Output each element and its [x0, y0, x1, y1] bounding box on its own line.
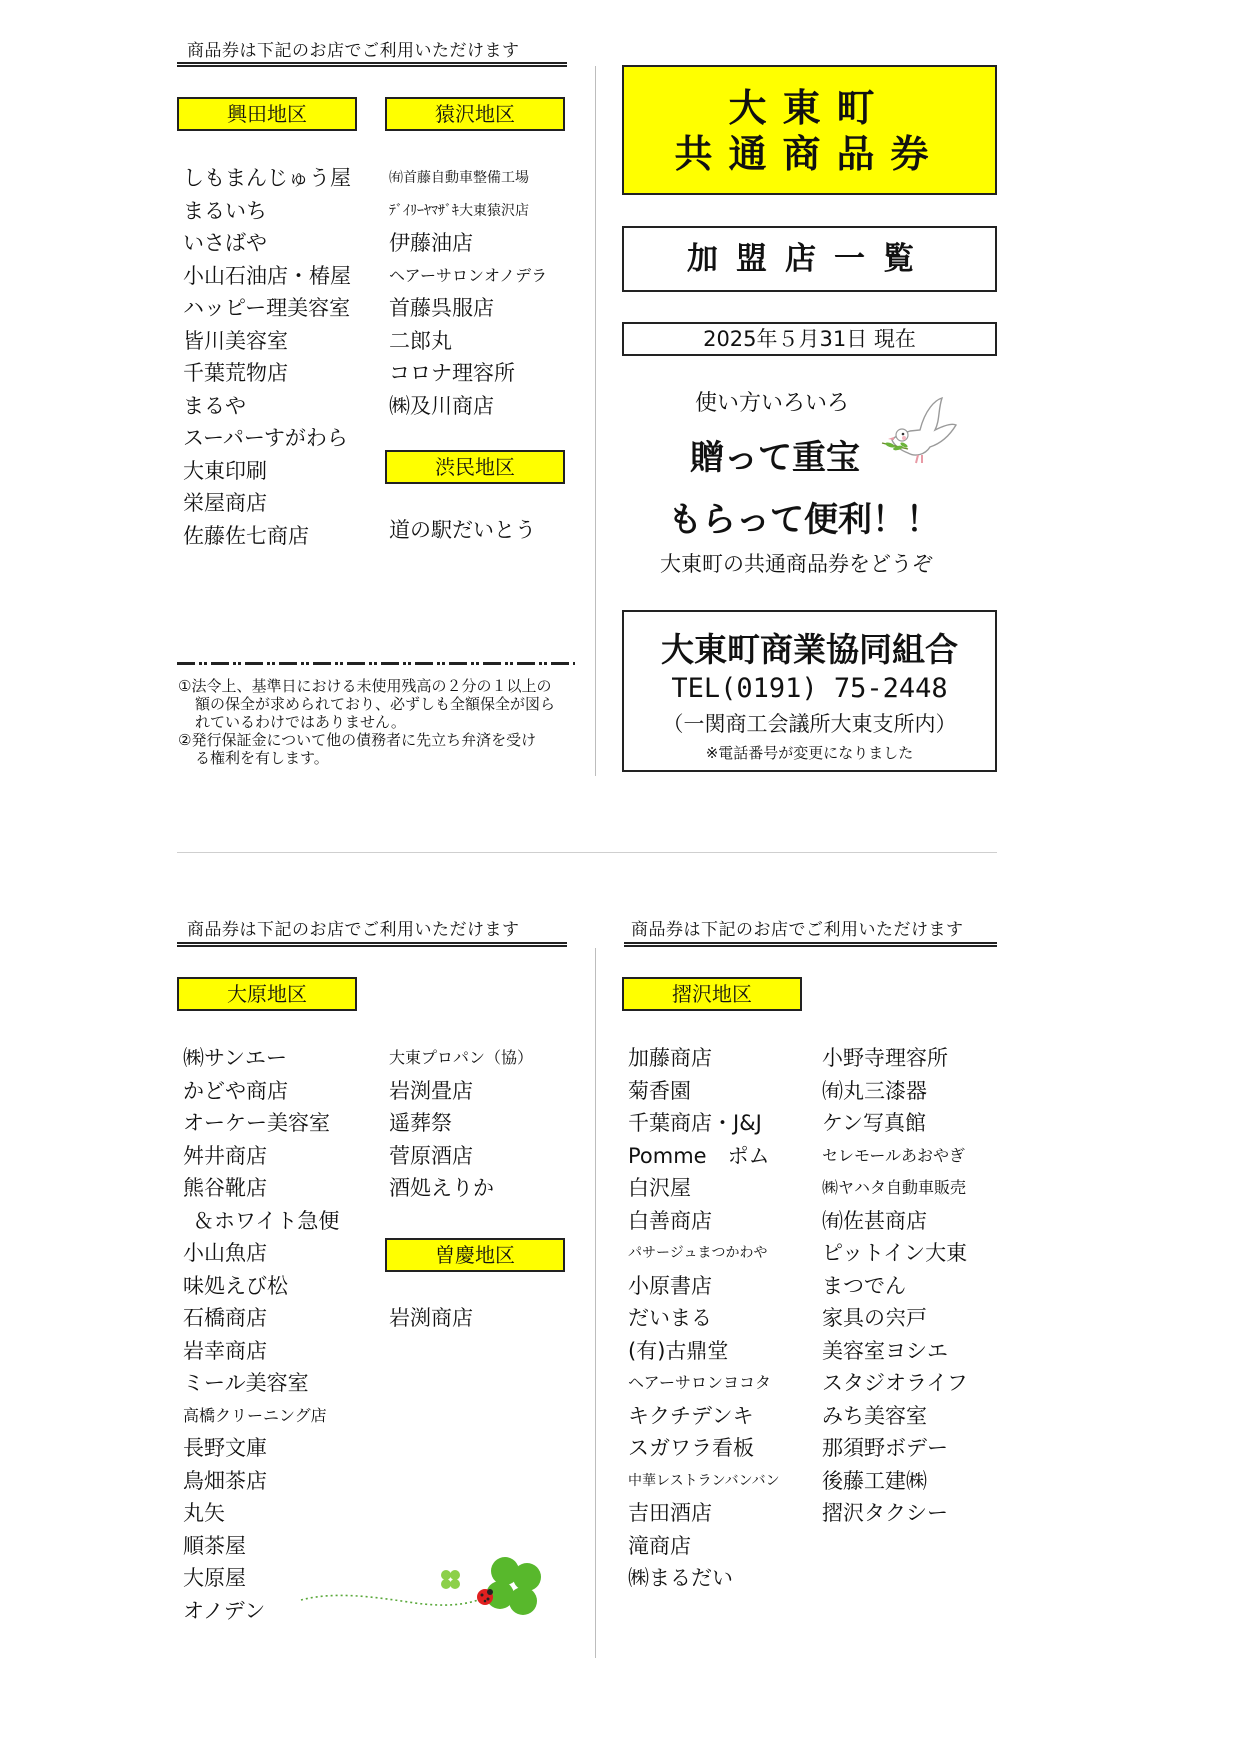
- notice-heading-top-left: 商品券は下記のお店でご利用いただけます: [187, 36, 520, 61]
- list-item: 大東印刷: [183, 455, 351, 488]
- list-item: 栄屋商店: [183, 487, 351, 520]
- list-item: ﾃﾞｲﾘｰﾔﾏｻﾞｷ大東猿沢店: [389, 195, 547, 228]
- list-item: スタジオライフ: [822, 1367, 968, 1400]
- list-item: 岩渕商店: [389, 1302, 473, 1335]
- list-item: 遥葬祭: [389, 1107, 533, 1140]
- list-item: ㈲首藤自動車整備工場: [389, 162, 547, 195]
- list-item: キクチデンキ: [628, 1400, 780, 1433]
- list-item: 摺沢タクシー: [822, 1497, 968, 1530]
- tagline-small: 使い方いろいろ: [695, 386, 849, 417]
- horizontal-separator: [177, 852, 997, 853]
- list-item: いさばや: [183, 227, 351, 260]
- list-item: 石橋商店: [183, 1302, 339, 1335]
- dove-icon: [880, 395, 960, 485]
- district-surisawa: 摺沢地区: [622, 977, 802, 1011]
- surisawa-store-list-col2: 小野寺理容所 ㈲丸三漆器 ケン写真館 セレモールあおやぎ ㈱ヤハタ自動車販売 ㈲…: [822, 1042, 968, 1530]
- surisawa-store-list-col1: 加藤商店 菊香園 千葉商店・J&J Pomme ポム 白沢屋 白善商店 パサージ…: [628, 1042, 780, 1595]
- list-item: ヘアーサロンヨコタ: [628, 1367, 780, 1400]
- date-box: 2025年５月31日 現在: [622, 322, 997, 356]
- tagline-3: 大東町の共通商品券をどうぞ: [660, 548, 933, 578]
- list-item: ㈱まるだい: [628, 1562, 780, 1595]
- list-item: オーケー美容室: [183, 1107, 339, 1140]
- note-line: ①法令上、基準日における未使用残高の２分の１以上の: [178, 677, 555, 695]
- okita-store-list: しもまんじゅう屋 まるいち いさばや 小山石油店・椿屋 ハッピー理美容室 皆川美…: [183, 162, 351, 552]
- note-line: ②発行保証金について他の債務者に先立ち弁済を受け: [178, 731, 555, 749]
- list-item: ㈲佐甚商店: [822, 1205, 968, 1238]
- office-location: （一関商工会議所大東支所内）: [624, 708, 995, 738]
- list-item: (有)古鼎堂: [628, 1335, 780, 1368]
- legal-notes: ①法令上、基準日における未使用残高の２分の１以上の 額の保全が求められており、必…: [178, 677, 555, 767]
- list-item: 小山魚店: [183, 1237, 339, 1270]
- list-item: 佐藤佐七商店: [183, 520, 351, 553]
- clover-icon: [295, 1555, 555, 1625]
- list-item: 岩渕畳店: [389, 1075, 533, 1108]
- note-line: 額の保全が求められており、必ずしも全額保全が図ら: [178, 695, 555, 713]
- title-line-2: 共通商品券: [624, 131, 995, 177]
- list-item: 吉田酒店: [628, 1497, 780, 1530]
- list-item: 白善商店: [628, 1205, 780, 1238]
- double-rule: [177, 942, 567, 947]
- title-line-1: 大東町: [624, 85, 995, 131]
- list-item: まるいち: [183, 195, 351, 228]
- list-item: 長野文庫: [183, 1432, 339, 1465]
- note-line: る権利を有します。: [178, 749, 555, 767]
- list-item: 酒処えりか: [389, 1172, 533, 1205]
- list-item: セレモールあおやぎ: [822, 1140, 968, 1173]
- list-item: ＆ホワイト急便: [183, 1205, 339, 1238]
- list-item: 道の駅だいとう: [389, 514, 536, 547]
- list-item: 千葉商店・J&J: [628, 1107, 780, 1140]
- double-rule: [177, 62, 567, 67]
- list-item: 高橋クリーニング店: [183, 1400, 339, 1433]
- list-item: スーパーすがわら: [183, 422, 351, 455]
- note-line: れているわけではありません。: [178, 713, 555, 731]
- list-item: 岩幸商店: [183, 1335, 339, 1368]
- list-item: まるや: [183, 390, 351, 423]
- sarusawa-store-list: ㈲首藤自動車整備工場 ﾃﾞｲﾘｰﾔﾏｻﾞｷ大東猿沢店 伊藤油店 ヘアーサロンオノ…: [389, 162, 547, 422]
- list-item: 加藤商店: [628, 1042, 780, 1075]
- contact-box: 大東町商業協同組合 TEL(0191) 75-2448 （一関商工会議所大東支所…: [622, 610, 997, 772]
- list-item: 小山石油店・椿屋: [183, 260, 351, 293]
- subtitle-box: 加盟店一覧: [622, 226, 997, 292]
- list-item: 那須野ボデー: [822, 1432, 968, 1465]
- list-item: 伊藤油店: [389, 227, 547, 260]
- district-okita: 興田地区: [177, 97, 357, 131]
- list-item: 首藤呉服店: [389, 292, 547, 325]
- list-item: 小原書店: [628, 1270, 780, 1303]
- notice-heading-bottom-left: 商品券は下記のお店でご利用いただけます: [187, 915, 520, 940]
- org-name: 大東町商業協同組合: [624, 624, 995, 671]
- list-item: ピットイン大東: [822, 1237, 968, 1270]
- list-item: 後藤工建㈱: [822, 1465, 968, 1498]
- list-item: 千葉荒物店: [183, 357, 351, 390]
- list-item: しもまんじゅう屋: [183, 162, 351, 195]
- list-item: ㈲丸三漆器: [822, 1075, 968, 1108]
- list-item: 菊香園: [628, 1075, 780, 1108]
- list-item: 美容室ヨシエ: [822, 1335, 968, 1368]
- list-item: スガワラ看板: [628, 1432, 780, 1465]
- list-item: ㈱及川商店: [389, 390, 547, 423]
- list-item: ハッピー理美容室: [183, 292, 351, 325]
- list-item: みち美容室: [822, 1400, 968, 1433]
- list-item: ㈱ヤハタ自動車販売: [822, 1172, 968, 1205]
- list-item: ミール美容室: [183, 1367, 339, 1400]
- list-item: 菅原酒店: [389, 1140, 533, 1173]
- phone-change-notice: ※電話番号が変更になりました: [624, 742, 995, 763]
- tagline-2: もらって便利！！: [668, 492, 940, 541]
- district-sokei: 曽慶地区: [385, 1238, 565, 1272]
- list-item: 滝商店: [628, 1530, 780, 1563]
- double-rule: [624, 942, 997, 947]
- list-item: まつでん: [822, 1270, 968, 1303]
- vertical-separator: [595, 66, 596, 776]
- list-item: 家具の宍戸: [822, 1302, 968, 1335]
- title-box: 大東町 共通商品券: [622, 65, 997, 195]
- dash-dot-divider: [177, 662, 575, 665]
- tagline-1: 贈って重宝: [690, 430, 860, 479]
- list-item: 小野寺理容所: [822, 1042, 968, 1075]
- district-sarusawa: 猿沢地区: [385, 97, 565, 131]
- list-item: だいまる: [628, 1302, 780, 1335]
- list-item: 丸矢: [183, 1497, 339, 1530]
- list-item: 鳥畑茶店: [183, 1465, 339, 1498]
- ohara-store-list-col2: 大東プロパン（協） 岩渕畳店 遥葬祭 菅原酒店 酒処えりか: [389, 1042, 533, 1205]
- ohara-store-list-col1: ㈱サンエー かどや商店 オーケー美容室 舛井商店 熊谷靴店 ＆ホワイト急便 小山…: [183, 1042, 339, 1627]
- list-item: ㈱サンエー: [183, 1042, 339, 1075]
- list-item: Pomme ポム: [628, 1140, 780, 1173]
- list-item: 舛井商店: [183, 1140, 339, 1173]
- list-item: 二郎丸: [389, 325, 547, 358]
- list-item: ケン写真館: [822, 1107, 968, 1140]
- list-item: パサージュまつかわや: [628, 1237, 780, 1270]
- district-shibutami: 渋民地区: [385, 450, 565, 484]
- list-item: 中華レストランバンバン: [628, 1465, 780, 1498]
- list-item: かどや商店: [183, 1075, 339, 1108]
- notice-heading-bottom-right: 商品券は下記のお店でご利用いただけます: [631, 915, 964, 940]
- list-item: コロナ理容所: [389, 357, 547, 390]
- list-item: 味処えび松: [183, 1270, 339, 1303]
- vertical-separator: [595, 948, 596, 1658]
- district-ohara: 大原地区: [177, 977, 357, 1011]
- list-item: 大東プロパン（協）: [389, 1042, 533, 1075]
- list-item: 熊谷靴店: [183, 1172, 339, 1205]
- list-item: 皆川美容室: [183, 325, 351, 358]
- tel-number: TEL(0191) 75-2448: [624, 673, 995, 704]
- list-item: ヘアーサロンオノデラ: [389, 260, 547, 293]
- list-item: 白沢屋: [628, 1172, 780, 1205]
